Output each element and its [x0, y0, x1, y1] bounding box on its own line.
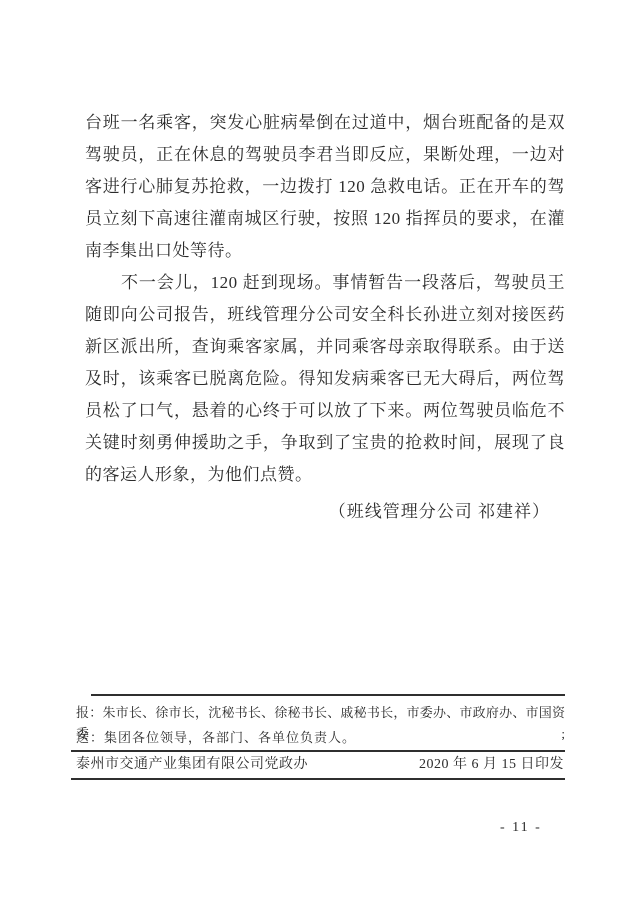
print-footer: 泰州市交通产业集团有限公司党政办 2020 年 6 月 15 日印发: [76, 755, 564, 775]
print-date: 2020 年 6 月 15 日印发: [419, 755, 564, 775]
separator-rule-top: [91, 694, 565, 696]
page-number: - 11 -: [500, 820, 542, 836]
body-line: 不一会儿，120 赶到现场。事情暂告一段落后，驾驶员王刚: [85, 267, 565, 299]
body-text: 台班一名乘客，突发心脏病晕倒在过道中，烟台班配备的是双班 驾驶员，正在休息的驾驶…: [85, 107, 565, 491]
signature-line: （班线管理分公司 祁建祥）: [85, 500, 550, 524]
body-line: 关键时刻勇伸援助之手，争取到了宝贵的抢救时间，展现了良好: [85, 427, 565, 459]
separator-rule-bottom: [71, 778, 565, 780]
body-line: 南李集出口处等待。: [85, 235, 565, 267]
body-line: 台班一名乘客，突发心脏病晕倒在过道中，烟台班配备的是双班: [85, 107, 565, 139]
issuer-name: 泰州市交通产业集团有限公司党政办: [76, 755, 308, 775]
body-line: 员立刻下高速往灌南城区行驶，按照 120 指挥员的要求，在灌南: [85, 203, 565, 235]
body-line: 驾驶员，正在休息的驾驶员李君当即反应，果断处理，一边对乘: [85, 139, 565, 171]
separator-rule-middle: [71, 750, 565, 752]
body-line: 新区派出所，查询乘客家属，并同乘客母亲取得联系。由于送医: [85, 331, 565, 363]
body-line: 的客运人形象，为他们点赞。: [85, 459, 565, 491]
distribution-send-line: 送：集团各位领导，各部门、各单位负责人。: [76, 727, 565, 748]
body-line: 及时，该乘客已脱离危险。得知发病乘客已无大碍后，两位驾驶: [85, 363, 565, 395]
body-line: 客进行心肺复苏抢救，一边拨打 120 急救电话。正在开车的驾驶: [85, 171, 565, 203]
body-line: 随即向公司报告，班线管理分公司安全科长孙进立刻对接医药高: [85, 299, 565, 331]
body-line: 员松了口气，悬着的心终于可以放了下来。两位驾驶员临危不乱，: [85, 395, 565, 427]
document-page: 台班一名乘客，突发心脏病晕倒在过道中，烟台班配备的是双班 驾驶员，正在休息的驾驶…: [0, 0, 636, 900]
